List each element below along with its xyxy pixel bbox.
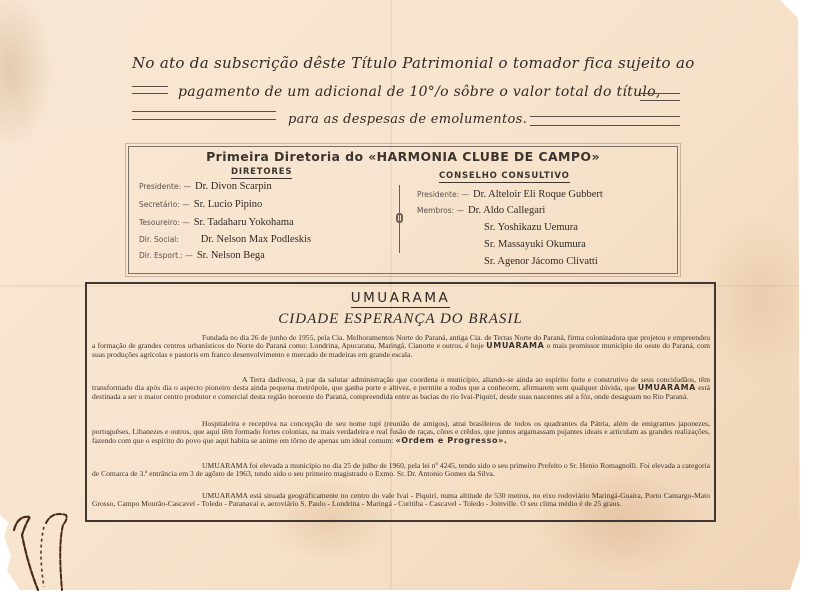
handwritten-doodle-icon [8,505,78,595]
council-name: Sr. Yoshikazu Uemura [484,222,578,233]
decorative-rule [132,119,276,120]
umuarama-title-text: UMUARAMA [351,290,451,308]
council-row: Sr. Yoshikazu Uemura [480,222,578,233]
subscription-note-line-3: para as despesas de emolumentos. [288,112,527,127]
directors-heading: DIRETORES [231,167,292,179]
umuarama-title: UMUARAMA [87,290,714,306]
council-name: Dr. Aldo Callegari [468,205,545,216]
paragraph-founding: Fundada no dia 26 de junho de 1955, pela… [92,334,710,359]
council-role: Membros: — [417,206,464,215]
director-name: Sr. Nelson Bega [197,250,265,261]
decorative-rule [530,116,680,117]
director-name: Dr. Nelson Max Podleskis [201,234,311,245]
decorative-rule [132,111,276,112]
decorative-rule [640,100,680,101]
director-row: Dir. Esport.: — Sr. Nelson Bega [139,250,265,261]
decorative-rule [132,86,168,87]
ornamental-divider-knot [396,213,403,223]
council-name: Sr. Massayuki Okumura [484,239,586,250]
paragraph-text: A Terra dadivosa, à par da salutar admin… [92,375,710,392]
directorate-title: Primeira Diretoria do «HARMONIA CLUBE DE… [129,149,677,164]
paragraph-text: UMUARAMA está situada geográficamente no… [92,491,710,508]
highlight-motto: «Ordem e Progresso». [395,436,507,445]
paragraph-geography: UMUARAMA está situada geográficamente no… [92,492,710,509]
subscription-note-line-1: No ato da subscrição dêste Título Patrim… [132,54,695,72]
council-row: Sr. Agenor Jácomo Clivatti [480,256,598,267]
director-row: Dir. Social: Dr. Nelson Max Podleskis [139,234,311,245]
decorative-rule [132,93,168,94]
director-row: Tesoureiro: — Sr. Tadaharu Yokohama [139,217,294,228]
paragraph-municipality: UMUARAMA foi elevada a município no dia … [92,462,710,479]
director-role: Tesoureiro: — [139,218,190,227]
director-name: Dr. Divon Scarpin [195,181,272,192]
director-row: Secretário: — Sr. Lucio Pipino [139,199,262,210]
director-role: Secretário: — [139,200,190,209]
director-name: Sr. Tadaharu Yokohama [194,217,294,228]
director-role: Presidente: — [139,182,191,191]
directorate-box: Primeira Diretoria do «HARMONIA CLUBE DE… [128,146,678,274]
umuarama-box: UMUARAMA CIDADE ESPERANÇA DO BRASIL Fund… [85,282,716,522]
council-row: Membros: — Dr. Aldo Callegari [417,205,545,216]
decorative-rule [640,93,680,94]
director-name: Sr. Lucio Pipino [194,199,263,210]
council-row: Sr. Massayuki Okumura [480,239,586,250]
paragraph-text: UMUARAMA foi elevada a município no dia … [92,461,710,478]
council-row: Presidente: — Dr. Alteloir Eli Roque Gub… [417,189,603,200]
paragraph-hospitality: Hospitaleira e receptiva na concepção de… [92,420,710,445]
council-name: Sr. Agenor Jácomo Clivatti [484,256,598,267]
subscription-note-line-2: pagamento de um adicional de 10°/o sôbre… [178,84,661,100]
paragraph-land: A Terra dadivosa, à par da salutar admin… [92,376,710,401]
director-role: Dir. Social: [139,235,179,244]
council-name: Dr. Alteloir Eli Roque Gubbert [473,189,603,200]
umuarama-subtitle: CIDADE ESPERANÇA DO BRASIL [87,311,714,328]
decorative-rule [530,125,680,126]
director-role: Dir. Esport.: — [139,251,193,260]
director-row: Presidente: — Dr. Divon Scarpin [139,181,272,192]
council-heading: CONSELHO CONSULTIVO [439,171,570,183]
highlight-umuarama: UMUARAMA [486,341,544,350]
council-role: Presidente: — [417,190,469,199]
